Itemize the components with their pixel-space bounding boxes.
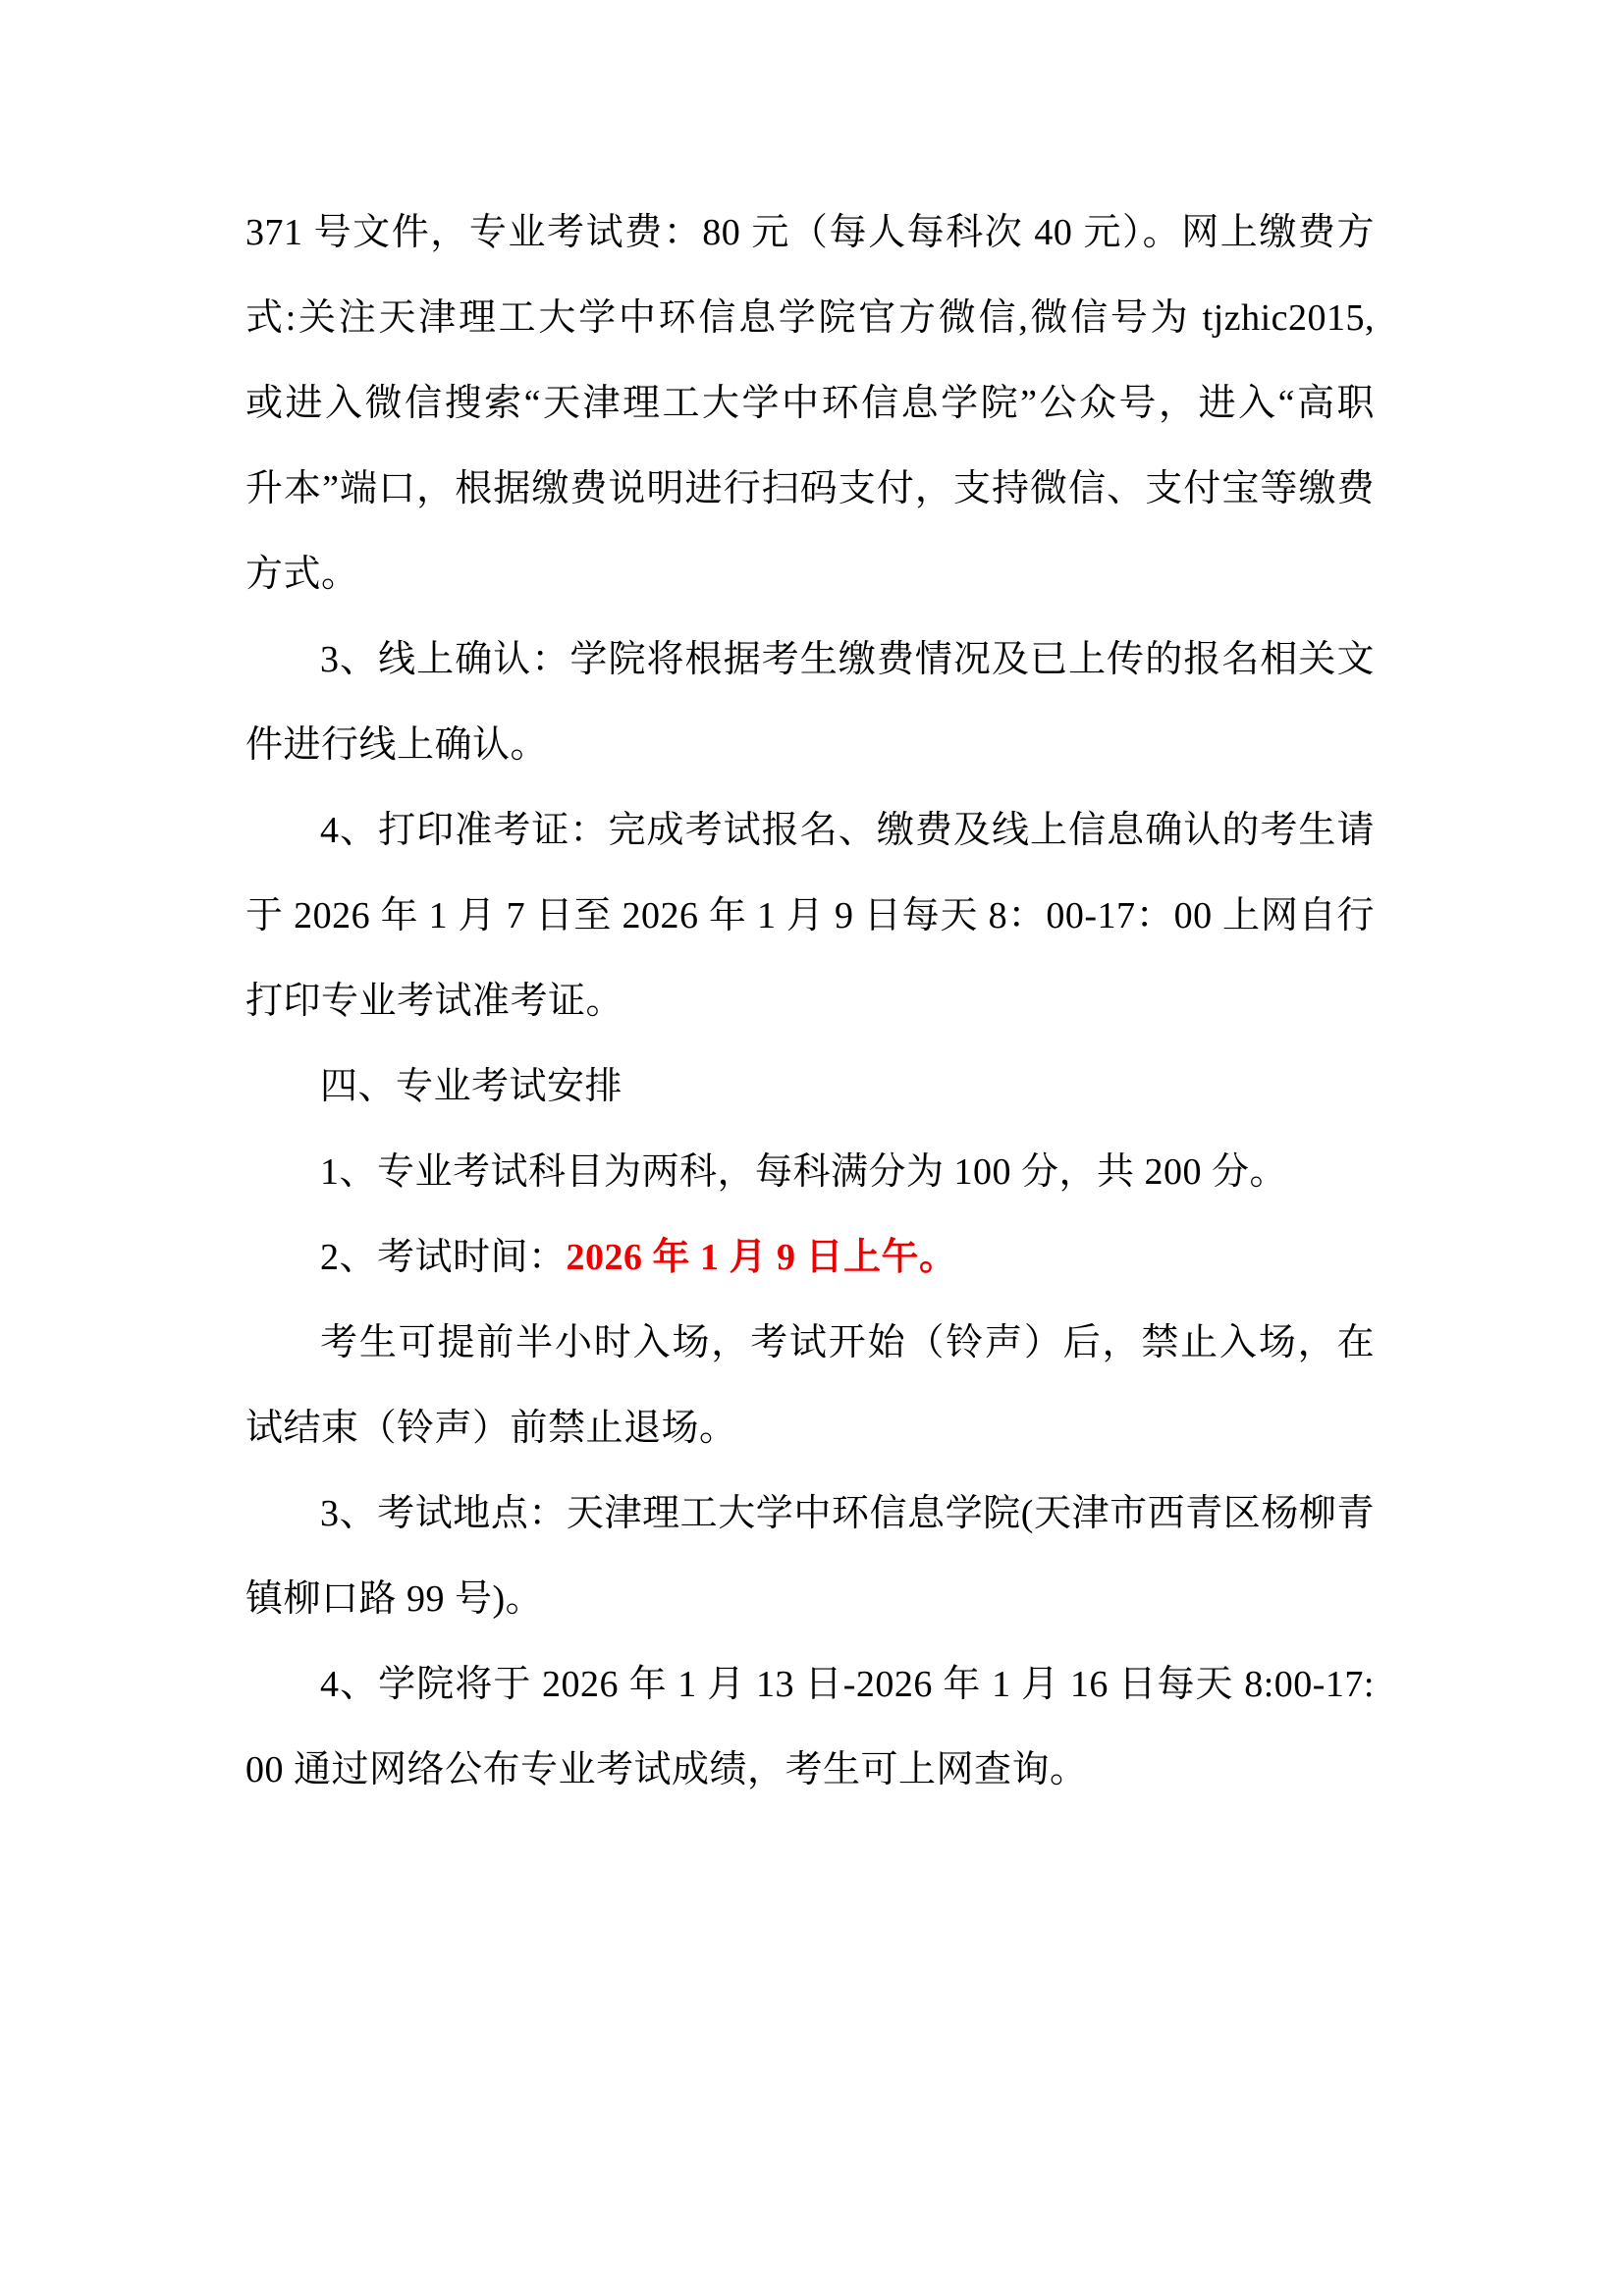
text-line: 打印专业考试准考证。 bbox=[245, 959, 1375, 1044]
text-segment: 4、学院将于 2026 年 1 月 13 日-2026 年 1 月 16 日每天… bbox=[320, 1664, 1375, 1705]
text-line: 3、线上确认：学院将根据考生缴费情况及已上传的报名相关文 bbox=[245, 617, 1375, 703]
text-line: 升本”端口，根据缴费说明进行扫码支付，支持微信、支付宝等缴费 bbox=[245, 447, 1375, 532]
text-segment: 3、线上确认：学院将根据考生缴费情况及已上传的报名相关文 bbox=[320, 639, 1375, 680]
text-line: 371 号文件，专业考试费：80 元（每人每科次 40 元）。网上缴费方 bbox=[245, 190, 1375, 276]
document-page: 371 号文件，专业考试费：80 元（每人每科次 40 元）。网上缴费方式:关注… bbox=[0, 0, 1624, 2296]
text-line: 式:关注天津理工大学中环信息学院官方微信,微信号为 tjzhic2015, bbox=[245, 276, 1375, 361]
text-line: 或进入微信搜索“天津理工大学中环信息学院”公众号，进入“高职 bbox=[245, 361, 1375, 447]
text-segment: 镇柳口路 99 号)。 bbox=[245, 1578, 543, 1620]
text-line: 考生可提前半小时入场，考试开始（铃声）后，禁止入场，在考 bbox=[245, 1301, 1375, 1386]
text-line: 00 通过网络公布专业考试成绩，考生可上网查询。 bbox=[245, 1728, 1375, 1813]
text-line: 于 2026 年 1 月 7 日至 2026 年 1 月 9 日每天 8：00-… bbox=[245, 874, 1375, 959]
text-segment: 00 通过网络公布专业考试成绩，考生可上网查询。 bbox=[245, 1749, 1088, 1790]
text-segment: 式:关注天津理工大学中环信息学院官方微信,微信号为 tjzhic2015, bbox=[245, 297, 1375, 339]
text-segment: 4、打印准考证：完成考试报名、缴费及线上信息确认的考生请 bbox=[320, 810, 1375, 851]
text-segment: 升本”端口，根据缴费说明进行扫码支付，支持微信、支付宝等缴费 bbox=[245, 468, 1375, 509]
text-line: 4、学院将于 2026 年 1 月 13 日-2026 年 1 月 16 日每天… bbox=[245, 1642, 1375, 1728]
highlighted-exam-date-text: 2026 年 1 月 9 日上午。 bbox=[567, 1237, 957, 1278]
text-line: 1、专业考试科目为两科，每科满分为 100 分，共 200 分。 bbox=[245, 1130, 1375, 1215]
text-segment: 或进入微信搜索“天津理工大学中环信息学院”公众号，进入“高职 bbox=[245, 383, 1375, 424]
text-segment: 四、专业考试安排 bbox=[320, 1066, 623, 1107]
text-segment: 3、考试地点：天津理工大学中环信息学院(天津市西青区杨柳青 bbox=[320, 1493, 1375, 1534]
text-line: 四、专业考试安排 bbox=[245, 1044, 1375, 1130]
document-body-text: 371 号文件，专业考试费：80 元（每人每科次 40 元）。网上缴费方式:关注… bbox=[245, 190, 1375, 1813]
text-segment: 试结束（铃声）前禁止退场。 bbox=[245, 1408, 737, 1449]
text-segment: 371 号文件，专业考试费：80 元（每人每科次 40 元）。网上缴费方 bbox=[245, 212, 1375, 253]
text-segment: 方式。 bbox=[245, 554, 359, 595]
text-line: 件进行线上确认。 bbox=[245, 703, 1375, 788]
text-line: 方式。 bbox=[245, 532, 1375, 617]
text-segment: 打印专业考试准考证。 bbox=[245, 981, 623, 1022]
text-segment: 1、专业考试科目为两科，每科满分为 100 分，共 200 分。 bbox=[320, 1151, 1287, 1193]
text-segment: 考生可提前半小时入场，考试开始（铃声）后，禁止入场，在考 bbox=[245, 1322, 1375, 1386]
text-line: 4、打印准考证：完成考试报名、缴费及线上信息确认的考生请 bbox=[245, 788, 1375, 874]
text-segment: 于 2026 年 1 月 7 日至 2026 年 1 月 9 日每天 8：00-… bbox=[245, 895, 1375, 936]
text-line: 2、考试时间：2026 年 1 月 9 日上午。 bbox=[245, 1215, 1375, 1301]
text-line: 3、考试地点：天津理工大学中环信息学院(天津市西青区杨柳青 bbox=[245, 1471, 1375, 1557]
text-line: 镇柳口路 99 号)。 bbox=[245, 1557, 1375, 1642]
text-segment: 件进行线上确认。 bbox=[245, 724, 548, 766]
text-segment: 2、考试时间： bbox=[320, 1237, 567, 1278]
text-line: 试结束（铃声）前禁止退场。 bbox=[245, 1386, 1375, 1471]
